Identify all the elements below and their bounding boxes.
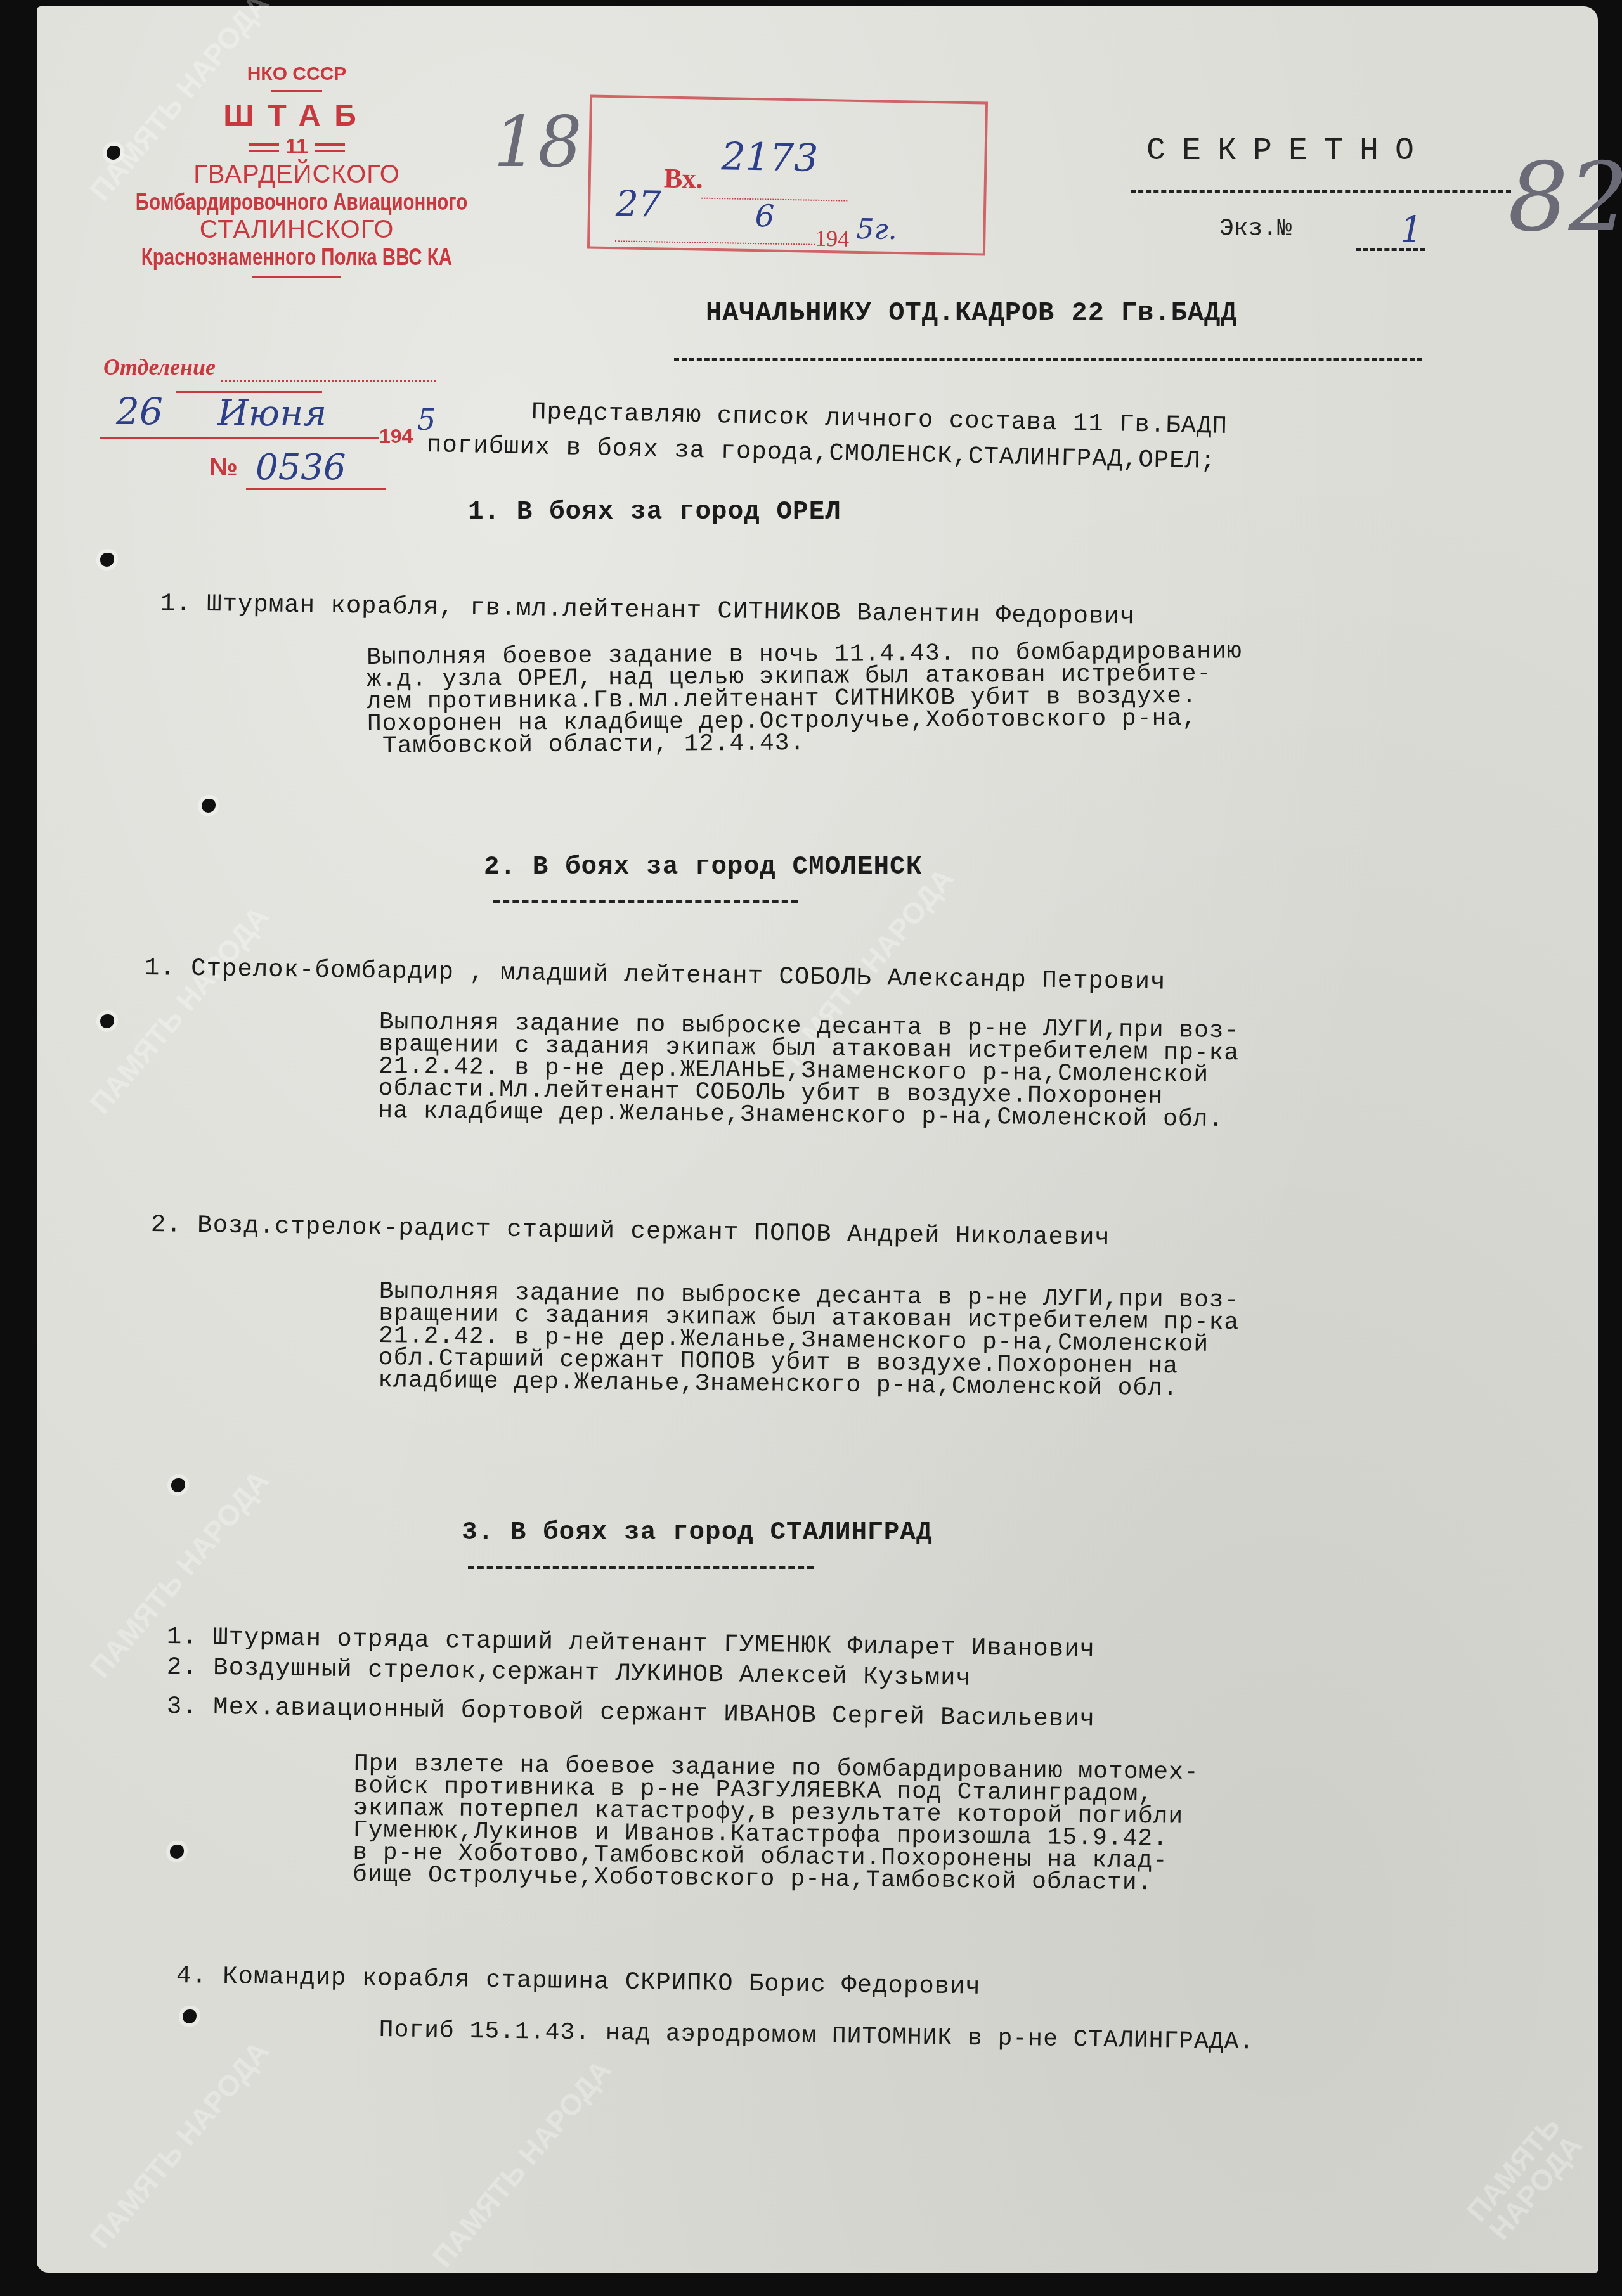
stamp-unit-number: 11 (100, 134, 493, 159)
divider (271, 90, 322, 92)
casualty-description: Выполняя задание по выброске десанта в р… (378, 1280, 1240, 1400)
registration-number-label: № (209, 453, 238, 482)
department-label: Отделение (103, 354, 216, 380)
document-page: ПАМЯТЬ НАРОДА ПАМЯТЬ НАРОДА ПАМЯТЬ НАРОД… (37, 6, 1598, 2273)
stamp-line-2: Бомбардировочного Авиационного (136, 189, 458, 216)
incoming-label: Вх. (663, 162, 703, 195)
casualty-line: 1. Стрелок-бомбардир , младший лейтенант… (145, 954, 1166, 996)
copy-number-label: Экз.№ (1219, 216, 1292, 243)
stamp-line-3: СТАЛИНСКОГО (100, 216, 493, 244)
punch-hole (100, 1014, 114, 1028)
section-heading-smolensk: 2. В боях за город СМОЛЕНСК (484, 853, 922, 882)
incoming-number: 2173 (721, 134, 819, 181)
addressee: НАЧАЛЬНИКУ ОТД.КАДРОВ 22 Гв.БАДД (706, 298, 1238, 328)
headquarters-stamp: НКО СССР ШТАБ 11 ГВАРДЕЙСКОГО Бомбардиро… (100, 63, 493, 283)
stamp-line-1: ГВАРДЕЙСКОГО (100, 160, 493, 189)
stamp-org: НКО СССР (100, 63, 493, 85)
casualty-description: При взлете на боевое задание по бомбарди… (353, 1753, 1199, 1895)
casualty-description: Выполняя задание по выброске десанта в р… (378, 1011, 1240, 1131)
divider (493, 900, 798, 903)
divider (246, 488, 386, 490)
outgoing-date-month: Июня (217, 393, 327, 434)
divider (1131, 190, 1511, 193)
incoming-year-prefix: 194 (815, 225, 850, 252)
pencil-page-number: 82 (1508, 143, 1622, 253)
casualty-line: 2. Возд.стрелок-радист старший сержант П… (151, 1211, 1111, 1252)
divider (674, 358, 1422, 361)
casualty-line: 1. Штурман корабля, гв.мл.лейтенант СИТН… (160, 590, 1136, 631)
watermark: ПАМЯТЬ НАРОДА (84, 901, 273, 1118)
divider (100, 437, 379, 439)
watermark: ПАМЯТЬ НАРОДА (427, 2054, 616, 2272)
divider (1356, 248, 1425, 251)
incoming-stamp: Вх. 2173 27 6 194 5г. (587, 95, 988, 256)
divider (615, 240, 815, 245)
registration-number: 0536 (256, 447, 346, 488)
watermark: ПАМЯТЬ НАРОДА (84, 2035, 273, 2253)
outgoing-date-year-prefix: 194 (379, 425, 413, 448)
divider (468, 1566, 814, 1569)
punch-hole (202, 799, 216, 813)
punch-hole (183, 2009, 197, 2023)
section-heading-stalingrad: 3. В боях за город СТАЛИНГРАД (462, 1518, 933, 1547)
incoming-year-suffix: 5г. (856, 213, 897, 246)
stamp-line-4: Краснознаменного Полка ВВС КА (136, 244, 458, 271)
casualty-description: Погиб 15.1.43. над аэродромом ПИТОМНИК в… (379, 2019, 1255, 2053)
section-heading-orel: 1. В боях за город ОРЕЛ (468, 498, 841, 527)
stamp-title: ШТАБ (100, 98, 493, 133)
copy-number: 1 (1400, 209, 1423, 250)
pencil-mark-left: 18 (493, 101, 582, 183)
casualty-line: 3. Мех.авиационный бортовой сержант ИВАН… (167, 1693, 1096, 1733)
incoming-month: 6 (755, 198, 775, 235)
watermark: ПАМЯТЬ НАРОДА (1455, 2103, 1594, 2254)
punch-hole (171, 1478, 185, 1492)
punch-hole (170, 1845, 184, 1859)
intro-line-1: Представляю список личного состава 11 Гв… (531, 398, 1228, 441)
incoming-day: 27 (616, 183, 661, 225)
divider (252, 276, 341, 278)
punch-hole (100, 553, 114, 567)
classification-label: СЕКРЕТНО (1146, 133, 1431, 169)
divider (221, 380, 436, 382)
casualty-description: Выполняя боевое задание в ночь 11.4.43. … (367, 640, 1243, 758)
outgoing-date-day: 26 (116, 390, 163, 433)
casualty-line: 4. Командир корабля старшина СКРИПКО Бор… (176, 1962, 981, 2001)
